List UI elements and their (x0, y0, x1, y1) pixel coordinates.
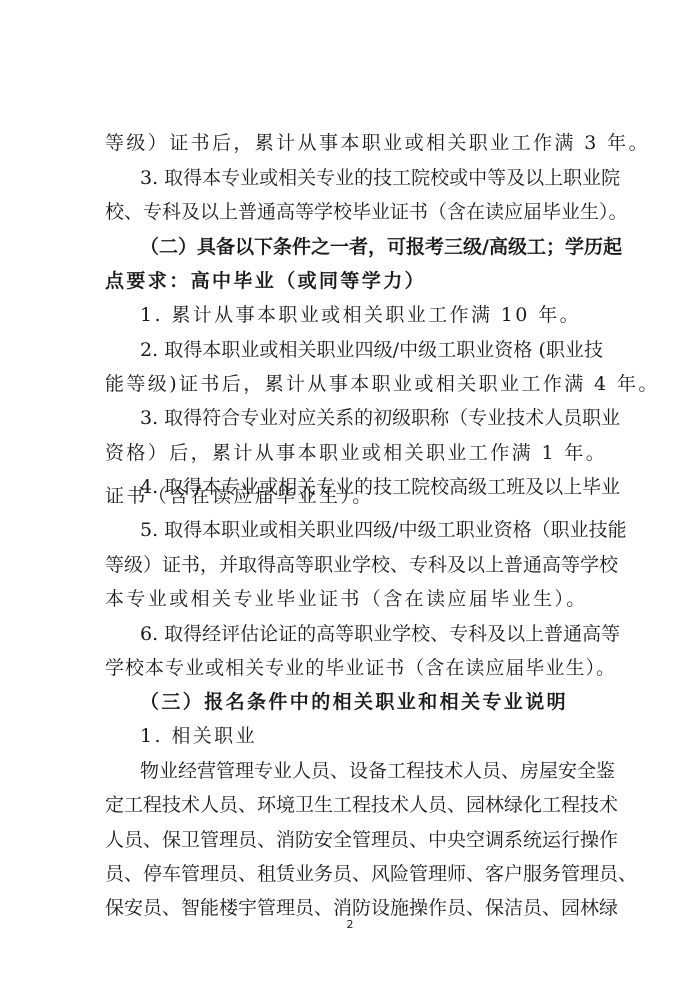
section-heading: 点要求：高中毕业（或同等学力） (105, 269, 605, 293)
text-line: 3. 取得符合专业对应关系的初级职称（专业技术人员职业 (140, 406, 603, 430)
text-line: 2. 取得本职业或相关职业四级/中级工职业资格 (职业技 (140, 338, 603, 362)
text-line: 5. 取得本职业或相关职业四级/中级工职业资格（职业技能 (140, 518, 603, 542)
text-line: 等级）证书后，累计从事本职业或相关职业工作满 3 年。 (105, 131, 605, 155)
text-line: 6. 取得经评估论证的高等职业学校、专科及以上普通高等 (140, 622, 603, 646)
text-line: 人员、保卫管理员、消防安全管理员、中央空调系统运行操作 (105, 828, 603, 852)
text-line: 等级）证书，并取得高等职业学校、专科及以上普通高等学校 (105, 553, 603, 577)
text-line: 能等级)证书后，累计从事本职业或相关职业工作满 4 年。 (105, 372, 605, 396)
text-line: 证书（含在读应届毕业生）。 (105, 484, 605, 508)
section-heading: （三）报名条件中的相关职业和相关专业说明 (140, 690, 640, 714)
text-line: 保安员、智能楼宇管理员、消防设施操作员、保洁员、园林绿 (105, 896, 603, 920)
text-line: 学校本专业或相关专业的毕业证书（含在读应届毕业生）。 (105, 656, 615, 680)
text-line: 3. 取得本专业或相关专业的技工院校或中等及以上职业院 (140, 166, 603, 190)
text-line: 本专业或相关专业毕业证书（含在读应届毕业生）。 (105, 587, 605, 611)
text-line: 定工程技术人员、环境卫生工程技术人员、园林绿化工程技术 (105, 793, 603, 817)
section-heading: （二）具备以下条件之一者，可报考三级/高级工；学历起 (140, 235, 603, 259)
text-line: 资格）后，累计从事本职业或相关职业工作满 1 年。 (105, 441, 605, 465)
text-line: 员、停车管理员、租赁业务员、风险管理师、客户服务管理员、 (105, 862, 615, 886)
subsection-heading: 1. 相关职业 (140, 724, 640, 748)
text-line: 物业经营管理专业人员、设备工程技术人员、房屋安全鉴 (140, 759, 603, 783)
text-line: 校、专科及以上普通高等学校毕业证书（含在读应届毕业生）。 (105, 200, 615, 224)
page-number: 2 (0, 918, 700, 931)
document-page: 等级）证书后，累计从事本职业或相关职业工作满 3 年。 3. 取得本专业或相关专… (0, 0, 700, 990)
text-line: 1. 累计从事本职业或相关职业工作满 10 年。 (140, 303, 640, 327)
